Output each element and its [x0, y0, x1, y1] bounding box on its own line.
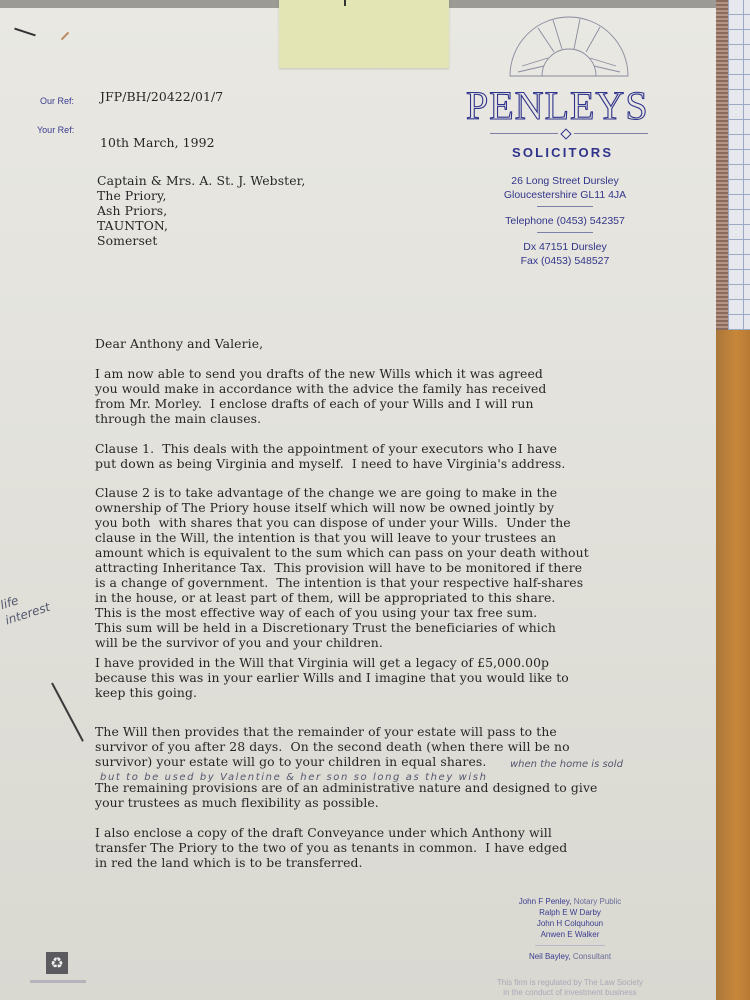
partner-entry: John H Colquhoun: [470, 918, 670, 929]
partner-entry: Anwen E Walker: [470, 929, 670, 940]
body-paragraph: I am now able to send you drafts of the …: [95, 366, 546, 426]
divider: [490, 133, 558, 134]
recycled-paper-icon: ♻: [46, 952, 68, 974]
our-ref-value: JFP/BH/20422/01/7: [100, 89, 223, 104]
handwritten-inline-note: but to be used by Valentine & her son so…: [100, 772, 488, 783]
firm-dx: Dx 47151 Dursley: [445, 240, 685, 254]
notebook-spiral: [716, 0, 728, 330]
body-paragraph: Clause 2 is to take advantage of the cha…: [95, 485, 589, 650]
sticky-note: [279, 0, 449, 68]
recipient-line: Captain & Mrs. A. St. J. Webster,: [97, 173, 305, 188]
partners-list: John F Penley, Notary Public Ralph E W D…: [470, 896, 670, 962]
firm-subtitle: SOLICITORS: [512, 145, 613, 160]
body-paragraph: The Will then provides that the remainde…: [95, 724, 570, 769]
body-paragraph: The remaining provisions are of an admin…: [95, 780, 597, 810]
divider: [535, 945, 605, 946]
letter-date: 10th March, 1992: [100, 135, 215, 150]
divider: [574, 133, 648, 134]
partner-entry: Ralph E W Darby: [470, 907, 670, 918]
recipient-line: The Priory,: [97, 188, 167, 203]
notebook-page: [728, 0, 750, 330]
divider: [537, 206, 593, 207]
recycled-paper-caption: [30, 980, 86, 983]
body-paragraph: Clause 1. This deals with the appointmen…: [95, 441, 565, 471]
regulation-notice: This firm is regulated by The Law Societ…: [470, 978, 670, 998]
sticky-note-mark: [344, 0, 346, 6]
recipient-line: Ash Priors,: [97, 203, 167, 218]
firm-name: PENLEYS: [466, 82, 649, 129]
firm-address-line2: Gloucestershire GL11 4JA: [445, 188, 685, 202]
desk-surface: [715, 320, 750, 1000]
consultant-entry: Neil Bayley, Consultant: [470, 951, 670, 962]
firm-address-line1: 26 Long Street Dursley: [445, 174, 685, 188]
your-ref-label: Your Ref:: [37, 125, 74, 135]
body-paragraph: I have provided in the Will that Virgini…: [95, 655, 569, 700]
our-ref-label: Our Ref:: [40, 96, 74, 106]
recipient-line: TAUNTON,: [97, 218, 168, 233]
body-paragraph: I also enclose a copy of the draft Conve…: [95, 825, 567, 870]
recipient-line: Somerset: [97, 233, 157, 248]
firm-fax: Fax (0453) 548527: [445, 254, 685, 268]
handwritten-inline-note: when the home is sold: [510, 759, 623, 770]
firm-telephone: Telephone (0453) 542357: [445, 214, 685, 228]
partner-entry: John F Penley, Notary Public: [470, 896, 670, 907]
divider: [537, 232, 593, 233]
fanlight-arch-icon: [508, 14, 630, 78]
salutation: Dear Anthony and Valerie,: [95, 336, 263, 351]
